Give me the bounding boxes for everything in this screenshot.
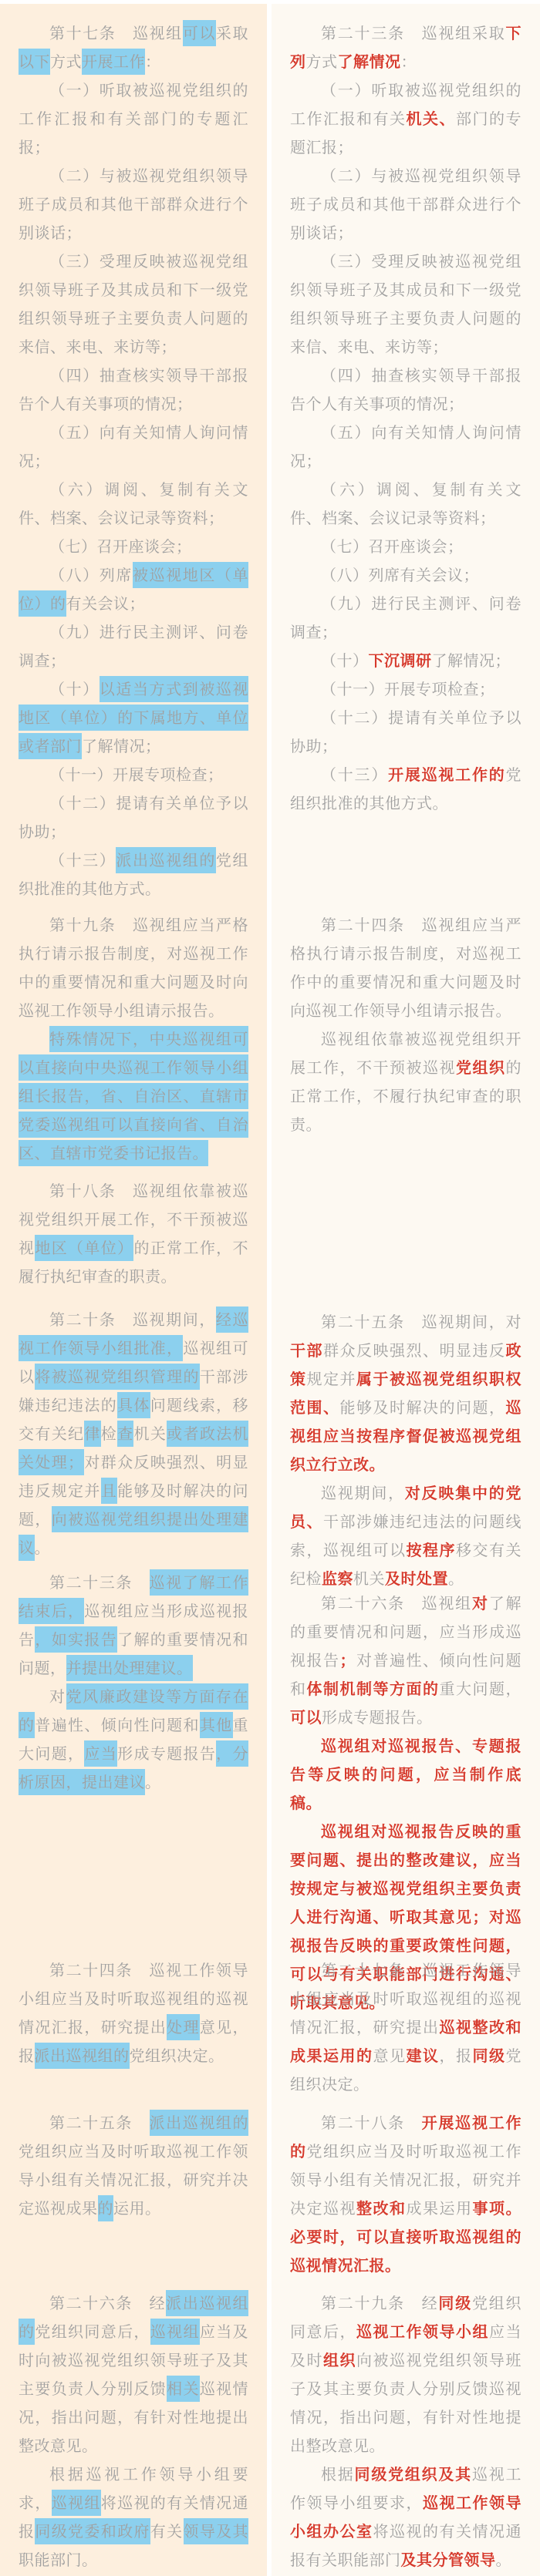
emphasized-text: 巡视工作领导小组 bbox=[356, 2322, 489, 2341]
emphasized-text: 同级 bbox=[438, 2294, 472, 2312]
text-run: （八）列席 bbox=[49, 566, 133, 584]
paragraph: 第十九条 巡视组应当严格执行请示报告制度，对巡视工作中的重要情况和重大问题及时向… bbox=[19, 911, 248, 1025]
text-run: 根据 bbox=[321, 2465, 355, 2484]
text-run: （十） bbox=[321, 651, 369, 670]
new-version-column: 第二十三条 巡视组采取下列方式了解情况：（一）听取被巡视党组织的工作汇报和有关机… bbox=[272, 0, 540, 2576]
article-27-new: 第二十七条 巡视工作领导小组应当及时听取巡视组的巡视情况汇报，研究提出巡视整改和… bbox=[290, 1956, 521, 2099]
text-run: 。 bbox=[448, 1569, 464, 1588]
text-run: （五）向有关知情人询问情况； bbox=[290, 423, 521, 470]
paragraph: （十一）开展专项检查； bbox=[290, 675, 521, 704]
article-28-new: 第二十八条 开展巡视工作的党组织应当及时听取巡视工作领导小组有关情况汇报，研究并… bbox=[290, 2109, 521, 2280]
text-run: （三）受理反映被巡视党组织领导班子及其成员和下一级党组织领导班子主要负责人问题的… bbox=[19, 252, 248, 356]
text-run: 第二十五条 bbox=[49, 2114, 150, 2132]
text-run: 重大问题， bbox=[440, 1680, 522, 1698]
text-run: （十二）提请有关单位予以协助； bbox=[290, 708, 521, 755]
paragraph: 第二十四条 巡视工作领导小组应当及时听取巡视组的巡视情况汇报，研究提出处理意见，… bbox=[19, 1956, 248, 2070]
highlighted-text: 巡视组 bbox=[52, 2490, 101, 2516]
text-run: 。 bbox=[145, 1773, 161, 1791]
emphasized-text: 及时处置 bbox=[385, 1569, 448, 1588]
paragraph: 巡视组对巡视报告、专题报告等反映的问题，应当制作底稿。 bbox=[290, 1732, 521, 1818]
highlighted-text: 其他 bbox=[200, 1712, 233, 1738]
text-run: 群众反映强烈、明显违反 bbox=[323, 1341, 506, 1360]
text-run: （五）向有关知情人询问情况； bbox=[19, 423, 248, 470]
text-run: 职能部门。 bbox=[19, 2551, 98, 2569]
top-margin bbox=[0, 0, 540, 4]
highlighted-text: 将被巡视党组织管理的 bbox=[35, 1364, 199, 1390]
text-run: 能够及时解决的问题， bbox=[340, 1398, 506, 1417]
text-run: 第十七条 巡视组 bbox=[49, 24, 183, 42]
paragraph: （九）进行民主测评、问卷调查； bbox=[290, 590, 521, 647]
paragraph: （四）抽查核实领导干部报告个人有关事项的情况； bbox=[19, 362, 248, 419]
paragraph: （十二）提请有关单位予以协助； bbox=[19, 789, 248, 846]
paragraph: （一）听取被巡视党组织的工作汇报和有关机关、部门的专题汇报； bbox=[290, 76, 521, 162]
text-run: （七）召开座谈会； bbox=[49, 537, 192, 556]
text-run: 第二十六条 经 bbox=[49, 2294, 166, 2312]
highlighted-text: 应当 bbox=[84, 1740, 117, 1767]
text-run: 第二十六条 巡视组 bbox=[321, 1594, 472, 1613]
text-run: 普遍性、倾向性问题和 bbox=[35, 1716, 199, 1734]
text-run: （十一）开展专项检查； bbox=[321, 680, 495, 698]
highlighted-text: 地区（单位） bbox=[35, 1235, 133, 1261]
text-run: 第二十条 巡视期间， bbox=[49, 1310, 216, 1329]
text-run: 第二十九条 经 bbox=[321, 2294, 438, 2312]
text-run: （二）与被巡视党组织领导班子成员和其他干部群众进行个别谈话； bbox=[290, 166, 521, 242]
highlighted-text: 律 bbox=[84, 1421, 100, 1447]
text-run: 第二十三条 巡视组采取 bbox=[321, 24, 506, 42]
paragraph: （十一）开展专项检查； bbox=[19, 761, 248, 789]
text-run: 了解情况； bbox=[82, 737, 161, 755]
article-19-old: 第十九条 巡视组应当严格执行请示报告制度，对巡视工作中的重要情况和重大问题及时向… bbox=[19, 911, 248, 1168]
highlighted-text: 派出巡视组的 bbox=[35, 2043, 130, 2069]
text-run: 有关 bbox=[150, 2522, 184, 2541]
text-run: （九）进行民主测评、问卷调查； bbox=[290, 594, 521, 641]
text-run: 。 bbox=[496, 2551, 512, 2569]
text-run: （十三） bbox=[49, 851, 116, 869]
emphasized-text: ； bbox=[340, 1651, 356, 1670]
paragraph: （六）调阅、复制有关文件、档案、会议记录等资料； bbox=[19, 476, 248, 533]
text-run: 第二十五条 巡视期间，对 bbox=[321, 1313, 521, 1331]
paragraph: （四）抽查核实领导干部报告个人有关事项的情况； bbox=[290, 362, 521, 419]
text-run: 第二十三条 bbox=[49, 1573, 150, 1592]
paragraph: 对党风廉政建设等方面存在的普遍性、倾向性问题和其他重大问题，应当形成专题报告，分… bbox=[19, 1683, 248, 1797]
highlighted-text: ，如实报告 bbox=[35, 1626, 117, 1653]
paragraph: （五）向有关知情人询问情况； bbox=[290, 419, 521, 476]
text-run: 运用。 bbox=[113, 2199, 161, 2218]
paragraph: 特殊情况下，中央巡视组可以直接向中央巡视工作领导小组组长报告，省、自治区、直辖市… bbox=[19, 1025, 248, 1168]
text-run: ： bbox=[145, 52, 161, 71]
highlighted-text: 向被巡视党组织提出处理建议 bbox=[19, 1506, 248, 1561]
paragraph: （九）进行民主测评、问卷调查； bbox=[19, 618, 248, 675]
paragraph: （十三）开展巡视工作的党组织批准的其他方式。 bbox=[290, 761, 521, 818]
paragraph: （二）与被巡视党组织领导班子成员和其他干部群众进行个别谈话； bbox=[290, 162, 521, 247]
text-run: 成果运用 bbox=[407, 2199, 473, 2218]
text-run: 方式 bbox=[50, 52, 82, 71]
paragraph: 巡视期间，对反映集中的党员、干部涉嫌违纪违法的问题线索，巡视组可以按程序移交有关… bbox=[290, 1479, 521, 1593]
paragraph: （六）调阅、复制有关文件、档案、会议记录等资料； bbox=[290, 476, 521, 533]
emphasized-text: 及其分管领导 bbox=[401, 2551, 496, 2569]
paragraph: （八）列席有关会议； bbox=[290, 561, 521, 590]
highlighted-text: 处理 bbox=[167, 2014, 200, 2040]
text-run: 。 bbox=[35, 1539, 51, 1557]
paragraph: 第二十六条 经派出巡视组的党组织同意后，巡视组应当及时向被巡视党组织领导班子及其… bbox=[19, 2289, 248, 2460]
highlighted-text: 巡视组 bbox=[150, 2319, 200, 2345]
paragraph: 第二十九条 经同级党组织同意后，巡视工作领导小组应当及时组织向被巡视党组织领导班… bbox=[290, 2289, 521, 2460]
emphasized-text: 干部 bbox=[290, 1341, 323, 1360]
paragraph: 第十七条 巡视组可以采取以下方式开展工作： bbox=[19, 19, 248, 76]
paragraph: 第二十七条 巡视工作领导小组应当及时听取巡视组的巡视情况汇报，研究提出巡视整改和… bbox=[290, 1956, 521, 2099]
text-run: 形成专题报告。 bbox=[322, 1708, 433, 1727]
paragraph: （三）受理反映被巡视党组织领导班子及其成员和下一级党组织领导班子主要负责人问题的… bbox=[19, 247, 248, 362]
emphasized-text: 同级党组织及其 bbox=[355, 2465, 472, 2484]
paragraph: 第二十八条 开展巡视工作的党组织应当及时听取巡视工作领导小组有关情况汇报，研究并… bbox=[290, 2109, 521, 2280]
highlighted-text: 开展工作 bbox=[82, 49, 145, 75]
highlighted-text: 的 bbox=[98, 2195, 114, 2221]
highlighted-text: 且 bbox=[101, 1478, 117, 1504]
highlighted-text: 特殊情况下，中央巡视组可以直接向中央巡视工作领导小组组长报告，省、自治区、直辖市… bbox=[19, 1026, 248, 1166]
highlighted-text: 相关 bbox=[167, 2376, 200, 2402]
paragraph: 巡视组依靠被巡视党组织开展工作，不干预被巡视党组织的正常工作，不履行执纪审查的职… bbox=[290, 1025, 521, 1139]
highlighted-text: 同级党委和政府 bbox=[35, 2518, 150, 2544]
article-25-old: 第二十五条 派出巡视组的党组织应当及时听取巡视工作领导小组有关情况汇报，研究并决… bbox=[19, 2109, 248, 2223]
paragraph: 第二十三条 巡视了解工作结束后，巡视组应当形成巡视报告，如实报告了解的重要情况和… bbox=[19, 1569, 248, 1683]
article-24-old: 第二十四条 巡视工作领导小组应当及时听取巡视组的巡视情况汇报，研究提出处理意见，… bbox=[19, 1956, 248, 2070]
paragraph: 根据巡视工作领导小组要求，巡视组将巡视的有关情况通报同级党委和政府有关领导及其职… bbox=[19, 2460, 248, 2574]
article-24-new: 第二十四条 巡视组应当严格执行请示报告制度，对巡视工作中的重要情况和重大问题及时… bbox=[290, 911, 521, 1139]
text-run: （十） bbox=[49, 680, 100, 698]
text-run: 巡视期间， bbox=[321, 1484, 405, 1502]
paragraph: （十三）派出巡视组的党组织批准的其他方式。 bbox=[19, 846, 248, 903]
text-run: 意见 bbox=[373, 2046, 407, 2065]
text-run: 有关会议； bbox=[66, 594, 146, 613]
text-run: （十一）开展专项检查； bbox=[49, 765, 224, 784]
text-run: ： bbox=[401, 52, 417, 71]
text-run: 第二十八条 bbox=[321, 2114, 422, 2132]
text-run: （十三） bbox=[321, 765, 388, 784]
text-run: 机关 bbox=[353, 1569, 385, 1588]
text-run: （八）列席有关会议； bbox=[321, 566, 479, 584]
highlighted-text: 派出巡视组的 bbox=[116, 847, 216, 873]
article-17-old: 第十七条 巡视组可以采取以下方式开展工作：（一）听取被巡视党组织的工作汇报和有关… bbox=[19, 19, 248, 903]
emphasized-text: 同级 bbox=[473, 2046, 506, 2065]
paragraph: （十）以适当方式到被巡视地区（单位）的下属地方、单位或者部门了解情况； bbox=[19, 675, 248, 761]
article-23-new: 第二十三条 巡视组采取下列方式了解情况：（一）听取被巡视党组织的工作汇报和有关机… bbox=[290, 19, 521, 818]
highlighted-text: 查 bbox=[117, 1421, 133, 1447]
paragraph: 第二十三条 巡视组采取下列方式了解情况： bbox=[290, 19, 521, 76]
highlighted-text: 并提出处理建议。 bbox=[66, 1655, 193, 1681]
article-26-new: 第二十六条 巡视组对了解的重要情况和问题，应当形成巡视报告；对普遍性、倾向性问题… bbox=[290, 1589, 521, 2017]
paragraph: （二）与被巡视党组织领导班子成员和其他干部群众进行个别谈话； bbox=[19, 162, 248, 247]
emphasized-text: 建议 bbox=[407, 2046, 440, 2065]
emphasized-text: 可以 bbox=[290, 1708, 322, 1727]
emphasized-text: 机关、 bbox=[407, 109, 457, 128]
paragraph: （七）召开座谈会； bbox=[290, 533, 521, 561]
emphasized-text: 体制机制等方面的 bbox=[307, 1680, 440, 1698]
paragraph: 第十八条 巡视组依靠被巡视党组织开展工作，不干预被巡视地区（单位）的正常工作，不… bbox=[19, 1177, 248, 1291]
emphasized-text: 开展巡视工作的 bbox=[388, 765, 505, 784]
paragraph: 第二十五条 巡视期间，对干部群众反映强烈、明显违反政策规定并属于被巡视党组织职权… bbox=[290, 1308, 521, 1479]
text-run: 检 bbox=[101, 1424, 117, 1443]
old-version-column: 第十七条 巡视组可以采取以下方式开展工作：（一）听取被巡视党组织的工作汇报和有关… bbox=[0, 0, 267, 2576]
paragraph: （一）听取被巡视党组织的工作汇报和有关部门的专题汇报； bbox=[19, 76, 248, 162]
emphasized-text: 监察 bbox=[322, 1569, 353, 1588]
text-run: （十二）提请有关单位予以协助； bbox=[19, 794, 248, 841]
emphasized-text: 巡视组对巡视报告、专题报告等反映的问题，应当制作底稿。 bbox=[290, 1737, 521, 1812]
paragraph: 第二十条 巡视期间，经巡视工作领导小组批准，巡视组可以将被巡视党组织管理的干部涉… bbox=[19, 1306, 248, 1562]
text-run: （七）召开座谈会； bbox=[321, 537, 464, 556]
text-run: 第二十四条 巡视组应当严格执行请示报告制度，对巡视工作中的重要情况和重大问题及时… bbox=[290, 916, 521, 1020]
text-run: （四）抽查核实领导干部报告个人有关事项的情况； bbox=[290, 366, 521, 413]
paragraph: （十二）提请有关单位予以协助； bbox=[290, 704, 521, 761]
highlighted-text: 具体 bbox=[117, 1392, 150, 1418]
emphasized-text: 对 bbox=[472, 1594, 489, 1613]
text-run: 对 bbox=[49, 1687, 66, 1706]
text-run: 党组织同意后， bbox=[35, 2322, 150, 2341]
article-20-old: 第二十条 巡视期间，经巡视工作领导小组批准，巡视组可以将被巡视党组织管理的干部涉… bbox=[19, 1306, 248, 1562]
text-run: 采取 bbox=[216, 24, 248, 42]
highlighted-text: 领导及其 bbox=[184, 2518, 249, 2544]
highlighted-text: 可以 bbox=[183, 20, 216, 46]
article-25-new: 第二十五条 巡视期间，对干部群众反映强烈、明显违反政策规定并属于被巡视党组织职权… bbox=[290, 1308, 521, 1593]
emphasized-text: 组织 bbox=[323, 2351, 356, 2369]
text-run: （四）抽查核实领导干部报告个人有关事项的情况； bbox=[19, 366, 248, 413]
article-23-old: 第二十三条 巡视了解工作结束后，巡视组应当形成巡视报告，如实报告了解的重要情况和… bbox=[19, 1569, 248, 1797]
text-run: （九）进行民主测评、问卷调查； bbox=[19, 623, 248, 670]
article-26-old: 第二十六条 经派出巡视组的党组织同意后，巡视组应当及时向被巡视党组织领导班子及其… bbox=[19, 2289, 248, 2574]
paragraph: （三）受理反映被巡视党组织领导班子及其成员和下一级党组织领导班子主要负责人问题的… bbox=[290, 247, 521, 362]
emphasized-text: 了解情况 bbox=[338, 52, 401, 71]
article-18-old: 第十八条 巡视组依靠被巡视党组织开展工作，不干预被巡视地区（单位）的正常工作，不… bbox=[19, 1177, 248, 1291]
text-run: （二）与被巡视党组织领导班子成员和其他干部群众进行个别谈话； bbox=[19, 166, 248, 242]
article-29-new: 第二十九条 经同级党组织同意后，巡视工作领导小组应当及时组织向被巡视党组织领导班… bbox=[290, 2289, 521, 2574]
text-run: （三）受理反映被巡视党组织领导班子及其成员和下一级党组织领导班子主要负责人问题的… bbox=[290, 252, 521, 356]
text-run: 了解情况； bbox=[432, 651, 511, 670]
text-run: 第十九条 巡视组应当严格执行请示报告制度，对巡视工作中的重要情况和重大问题及时向… bbox=[19, 916, 248, 1020]
highlighted-text: 派出巡视组的 bbox=[150, 2110, 248, 2136]
emphasized-text: 党组织 bbox=[456, 1058, 506, 1077]
text-run: （六）调阅、复制有关文件、档案、会议记录等资料； bbox=[290, 480, 521, 527]
paragraph: 第二十六条 巡视组对了解的重要情况和问题，应当形成巡视报告；对普遍性、倾向性问题… bbox=[290, 1589, 521, 1732]
text-run: 党组织决定。 bbox=[130, 2046, 224, 2065]
text-run: （六）调阅、复制有关文件、档案、会议记录等资料； bbox=[19, 480, 248, 527]
text-run: ，报 bbox=[440, 2046, 473, 2065]
paragraph: （七）召开座谈会； bbox=[19, 533, 248, 561]
text-run: 方式 bbox=[306, 52, 338, 71]
text-run: 形成专题报告 bbox=[117, 1744, 216, 1763]
emphasized-text: 按程序 bbox=[407, 1541, 457, 1559]
paragraph: （五）向有关知情人询问情况； bbox=[19, 419, 248, 476]
text-run: 机关 bbox=[133, 1424, 167, 1443]
paragraph: 根据同级党组织及其巡视工作领导小组要求，巡视工作领导小组办公室将巡视的有关情况通… bbox=[290, 2460, 521, 2574]
emphasized-text: 下沉调研 bbox=[369, 651, 432, 670]
text-run: （一）听取被巡视党组织的工作汇报和有关部门的专题汇报； bbox=[19, 81, 248, 156]
highlighted-text: 以下 bbox=[19, 49, 50, 75]
paragraph: 第二十五条 派出巡视组的党组织应当及时听取巡视工作领导小组有关情况汇报，研究并决… bbox=[19, 2109, 248, 2223]
paragraph: （八）列席被巡视地区（单位）的有关会议； bbox=[19, 561, 248, 618]
paragraph: 第二十四条 巡视组应当严格执行请示报告制度，对巡视工作中的重要情况和重大问题及时… bbox=[290, 911, 521, 1025]
text-run: 规定并 bbox=[307, 1370, 357, 1388]
paragraph: （十）下沉调研了解情况； bbox=[290, 647, 521, 675]
emphasized-text: 整改和 bbox=[356, 2199, 407, 2218]
